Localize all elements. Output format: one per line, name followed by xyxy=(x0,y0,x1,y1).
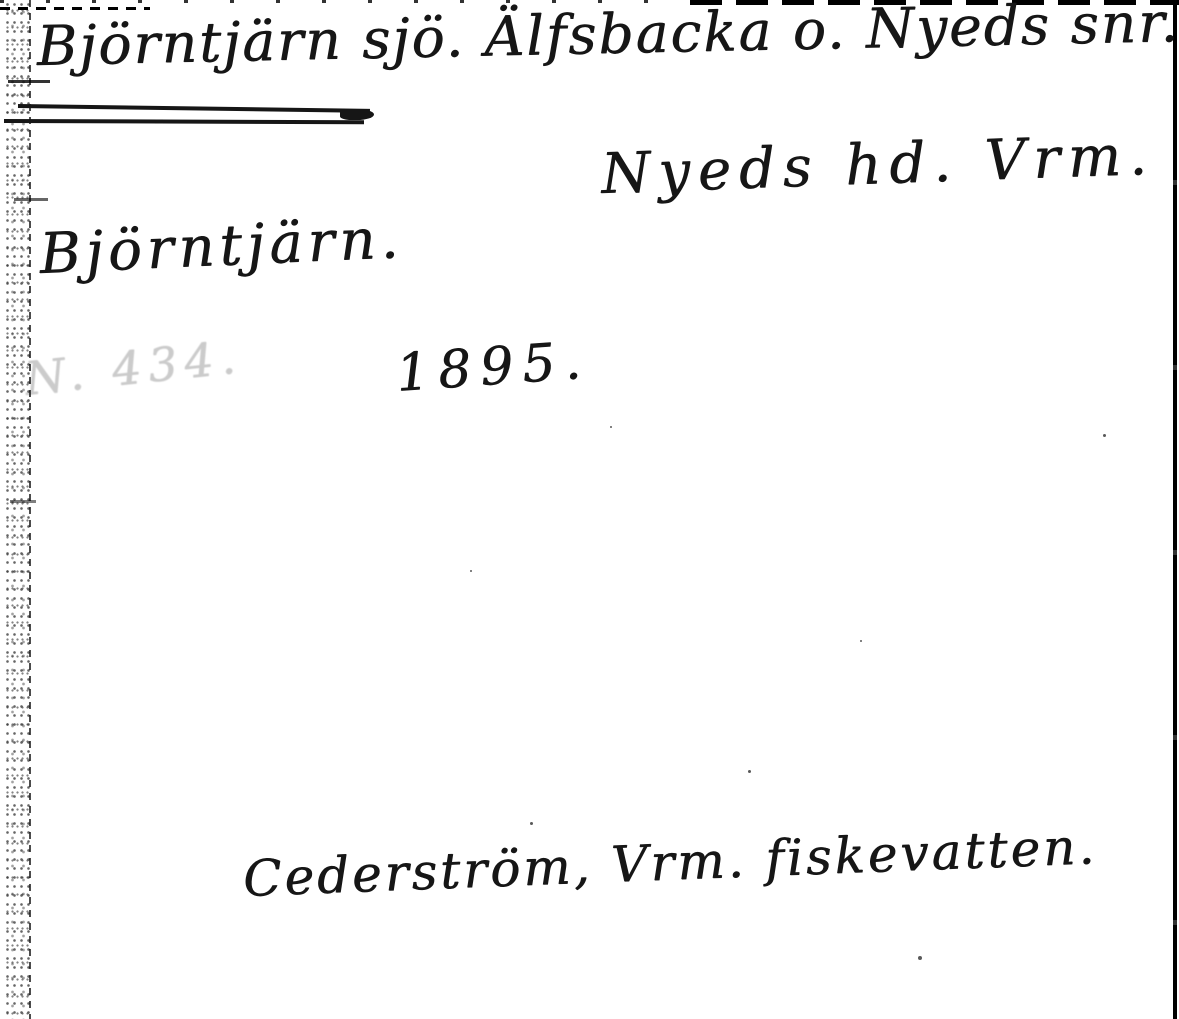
scan-right-edge-line xyxy=(1173,0,1177,1019)
scan-left-edge-line xyxy=(29,0,31,1019)
title-line: Björntjärn sjö. Älfsbacka o. Nyeds snr. xyxy=(36,0,1179,78)
title-underline-lower xyxy=(4,119,364,124)
scan-edge-dash xyxy=(0,7,150,10)
region-line: Nyeds hd. Vrm. xyxy=(600,123,1156,207)
scan-edge-dash xyxy=(10,500,36,503)
scan-edge-dash xyxy=(8,80,50,83)
faded-record-number: N. 434. xyxy=(22,329,244,405)
scan-left-speckle-band xyxy=(4,0,30,1019)
ink-speck xyxy=(748,770,751,773)
title-underline-end-blob xyxy=(340,109,374,120)
ink-speck xyxy=(918,956,922,960)
year-line: 1895. xyxy=(394,330,592,403)
scan-edge-dash xyxy=(14,198,48,201)
ink-speck xyxy=(610,426,612,428)
ink-speck xyxy=(530,822,533,825)
ink-speck xyxy=(470,570,472,572)
ink-speck xyxy=(860,640,862,642)
lake-name-line: Björntjärn. xyxy=(38,206,404,287)
title-underline-upper xyxy=(18,104,370,113)
ink-speck xyxy=(1103,434,1106,437)
attribution-line: Cederström, Vrm. fiskevatten. xyxy=(242,817,1098,908)
scanned-handwritten-card: Björntjärn sjö. Älfsbacka o. Nyeds snr. … xyxy=(0,0,1179,1019)
